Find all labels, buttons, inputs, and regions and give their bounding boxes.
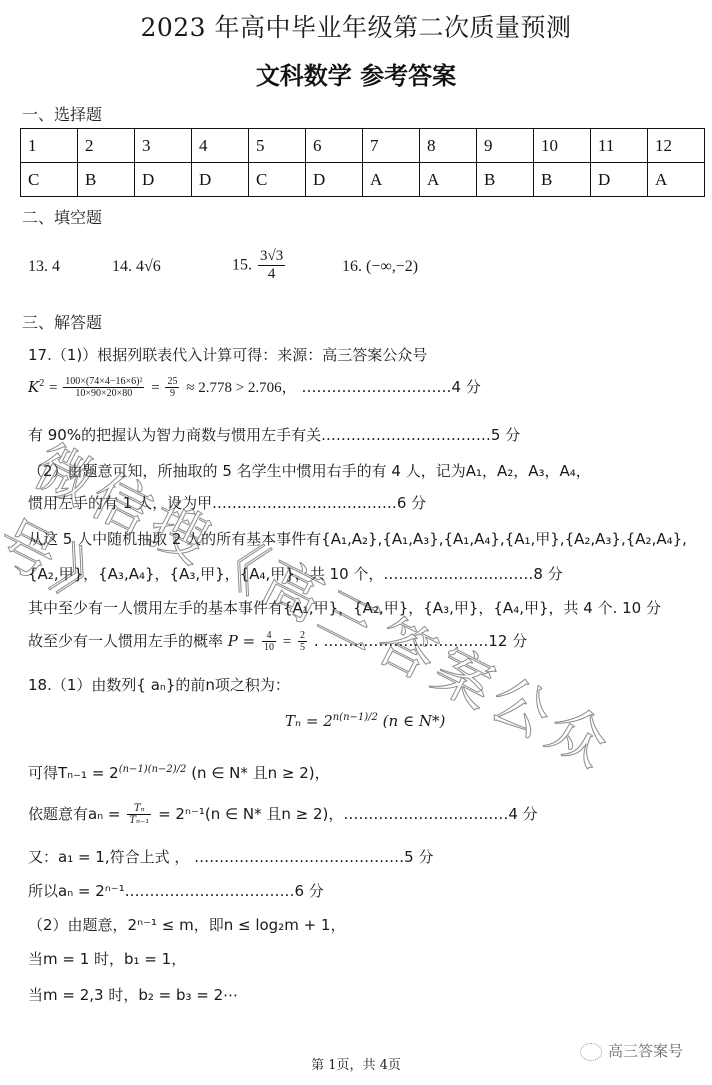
- table-cell: A: [420, 163, 477, 197]
- tn-base: Tₙ = 2: [285, 712, 333, 730]
- table-cell: B: [477, 163, 534, 197]
- k2-fraction-simplified: 25 9: [165, 376, 179, 399]
- tn-domain: (n ∈ N*): [383, 712, 446, 730]
- fraction-numerator: Tₙ: [127, 803, 151, 815]
- fill-answer-13: 13. 4: [28, 258, 60, 276]
- an-result: = 2ⁿ⁻¹(n ∈ N* 且n ≥ 2)，……………………………4 分: [158, 805, 538, 823]
- q18-line-5: 又：a₁ = 1,符合上式 ， ……………………………………5 分: [28, 846, 433, 867]
- tn-minus-1-base: 可得Tₙ₋₁ = 2: [28, 764, 119, 782]
- table-cell: 6: [306, 129, 363, 163]
- k2-fraction: 100×(74×4−16×6)² 10×90×20×80: [63, 376, 144, 399]
- table-cell: A: [363, 163, 420, 197]
- k2-simplified-denominator: 9: [165, 388, 179, 399]
- choice-answer-table: 1 2 3 4 5 6 7 8 9 10 11 12 C B D D C D A…: [20, 128, 705, 197]
- section-fill: 二、填空题: [22, 205, 102, 228]
- fill-answer-14: 14. 4√6: [112, 258, 161, 276]
- q13-label: 13.: [28, 258, 48, 275]
- q17-line-5: 惯用左手的有 1 人，设为甲.………………………………6 分: [28, 492, 426, 513]
- fraction-denominator: 10: [262, 642, 276, 653]
- q17-prob-fraction-2: 2 5: [298, 630, 307, 653]
- table-cell: D: [135, 163, 192, 197]
- q17-prob-text: 故至少有一人惯用左手的概率: [28, 632, 223, 650]
- table-cell: 9: [477, 129, 534, 163]
- q18-tn-formula: Tₙ = 2n(n−1)/2 (n ∈ N*): [285, 712, 445, 730]
- q16-label: 16.: [342, 258, 362, 275]
- q16-value: (−∞,−2): [366, 258, 418, 275]
- fill-answer-16: 16. (−∞,−2): [342, 258, 418, 276]
- table-cell: 4: [192, 129, 249, 163]
- tn-minus-1-domain: (n ∈ N* 且n ≥ 2)，: [191, 764, 329, 782]
- table-cell: 2: [78, 129, 135, 163]
- table-cell: D: [192, 163, 249, 197]
- q17-line-3: 有 90%的把握认为智力商数与惯用左手有关.……………………………5 分: [28, 424, 520, 445]
- q17-prob-symbol: P =: [228, 632, 255, 650]
- table-cell: D: [306, 163, 363, 197]
- q17-final-score: . ……………………………12 分: [314, 632, 527, 650]
- k2-symbol: K: [28, 378, 39, 396]
- k2-denominator: 10×90×20×80: [63, 388, 144, 399]
- q18-line-8: 当m = 1 时，b₁ = 1，: [28, 948, 186, 969]
- k2-simplified-numerator: 25: [165, 376, 179, 388]
- q18-line-6: 所以aₙ = 2ⁿ⁻¹.……………………………6 分: [28, 880, 324, 901]
- q15-fraction: 3√3 4: [258, 248, 285, 283]
- table-row-answers: C B D D C D A A B B D A: [21, 163, 705, 197]
- section-choice: 一、选择题: [22, 102, 102, 125]
- document-subtitle: 文科数学 参考答案: [0, 56, 712, 91]
- table-cell: 5: [249, 129, 306, 163]
- footer-logo: 高三答案号: [580, 1040, 683, 1061]
- q17-line-8: 其中至少有一人惯用左手的基本事件有{A₁,甲}，{A₂,甲}，{A₃,甲}，{A…: [28, 597, 661, 618]
- q14-value: 4√6: [136, 258, 161, 275]
- table-cell: C: [21, 163, 78, 197]
- logo-text: 高三答案号: [608, 1042, 683, 1060]
- table-cell: 11: [591, 129, 648, 163]
- document-title: 2023 年高中毕业年级第二次质量预测: [0, 8, 712, 44]
- table-cell: D: [591, 163, 648, 197]
- q18-line-7: （2）由题意，2ⁿ⁻¹ ≤ m，即n ≤ log₂m + 1，: [28, 914, 345, 935]
- q18-line-9: 当m = 2,3 时，b₂ = b₃ = 2⋯: [28, 984, 238, 1005]
- q17-line-1: 17.（1)）根据列联表代入计算可得：来源：高三答案公众号: [28, 344, 427, 365]
- table-cell: B: [534, 163, 591, 197]
- fraction-numerator: 2: [298, 630, 307, 642]
- table-cell: 10: [534, 129, 591, 163]
- fraction-denominator: Tₙ₋₁: [127, 815, 151, 826]
- tn-minus-1-exponent: (n−1)(n−2)/2: [119, 764, 187, 775]
- q17-k2-formula: K2 = 100×(74×4−16×6)² 10×90×20×80 = 25 9…: [28, 376, 481, 399]
- q17-prob-fraction-1: 4 10: [262, 630, 276, 653]
- table-cell: B: [78, 163, 135, 197]
- table-cell: 12: [648, 129, 705, 163]
- q13-value: 4: [52, 258, 60, 275]
- table-cell: 1: [21, 129, 78, 163]
- an-fraction: Tₙ Tₙ₋₁: [127, 803, 151, 826]
- q15-label: 15.: [232, 257, 252, 274]
- q15-numerator: 3√3: [258, 248, 285, 266]
- fraction-numerator: 4: [262, 630, 276, 642]
- q14-label: 14.: [112, 258, 132, 275]
- q17-line-4: （2）由题意可知，所抽取的 5 名学生中惯用右手的有 4 人，记为A₁，A₂，A…: [28, 460, 591, 481]
- wechat-icon: [580, 1043, 602, 1061]
- table-cell: A: [648, 163, 705, 197]
- k2-score: …………………………4 分: [301, 378, 480, 396]
- fill-answer-15: 15. 3√3 4: [232, 248, 287, 283]
- q17-line-9: 故至少有一人惯用左手的概率 P = 4 10 = 2 5 . …………………………: [28, 630, 527, 653]
- q18-line-1: 18.（1）由数列{ aₙ}的前n项之积为：: [28, 674, 290, 695]
- q18-line-4: 依题意有aₙ = Tₙ Tₙ₋₁ = 2ⁿ⁻¹(n ∈ N* 且n ≥ 2)，……: [28, 803, 538, 826]
- q17-line-7: {A₂,甲}，{A₃,A₄}，{A₃,甲}，{A₄,甲}，共 10 个，……………: [28, 563, 563, 584]
- tn-exponent: n(n−1)/2: [333, 712, 378, 723]
- section-solve: 三、解答题: [22, 310, 102, 333]
- fraction-denominator: 5: [298, 642, 307, 653]
- k2-numerator: 100×(74×4−16×6)²: [63, 376, 144, 388]
- q17-line-6: 从这 5 人中随机抽取 2 人的所有基本事件有{A₁,A₂},{A₁,A₃},{…: [28, 528, 687, 549]
- q15-denominator: 4: [258, 266, 285, 283]
- table-cell: 7: [363, 129, 420, 163]
- table-cell: 8: [420, 129, 477, 163]
- k2-comparison: ≈ 2.778 > 2.706，: [186, 380, 296, 396]
- table-cell: 3: [135, 129, 192, 163]
- q18-line-3: 可得Tₙ₋₁ = 2(n−1)(n−2)/2 (n ∈ N* 且n ≥ 2)，: [28, 762, 330, 783]
- an-definition: 依题意有aₙ =: [28, 805, 121, 823]
- table-cell: C: [249, 163, 306, 197]
- table-row-numbers: 1 2 3 4 5 6 7 8 9 10 11 12: [21, 129, 705, 163]
